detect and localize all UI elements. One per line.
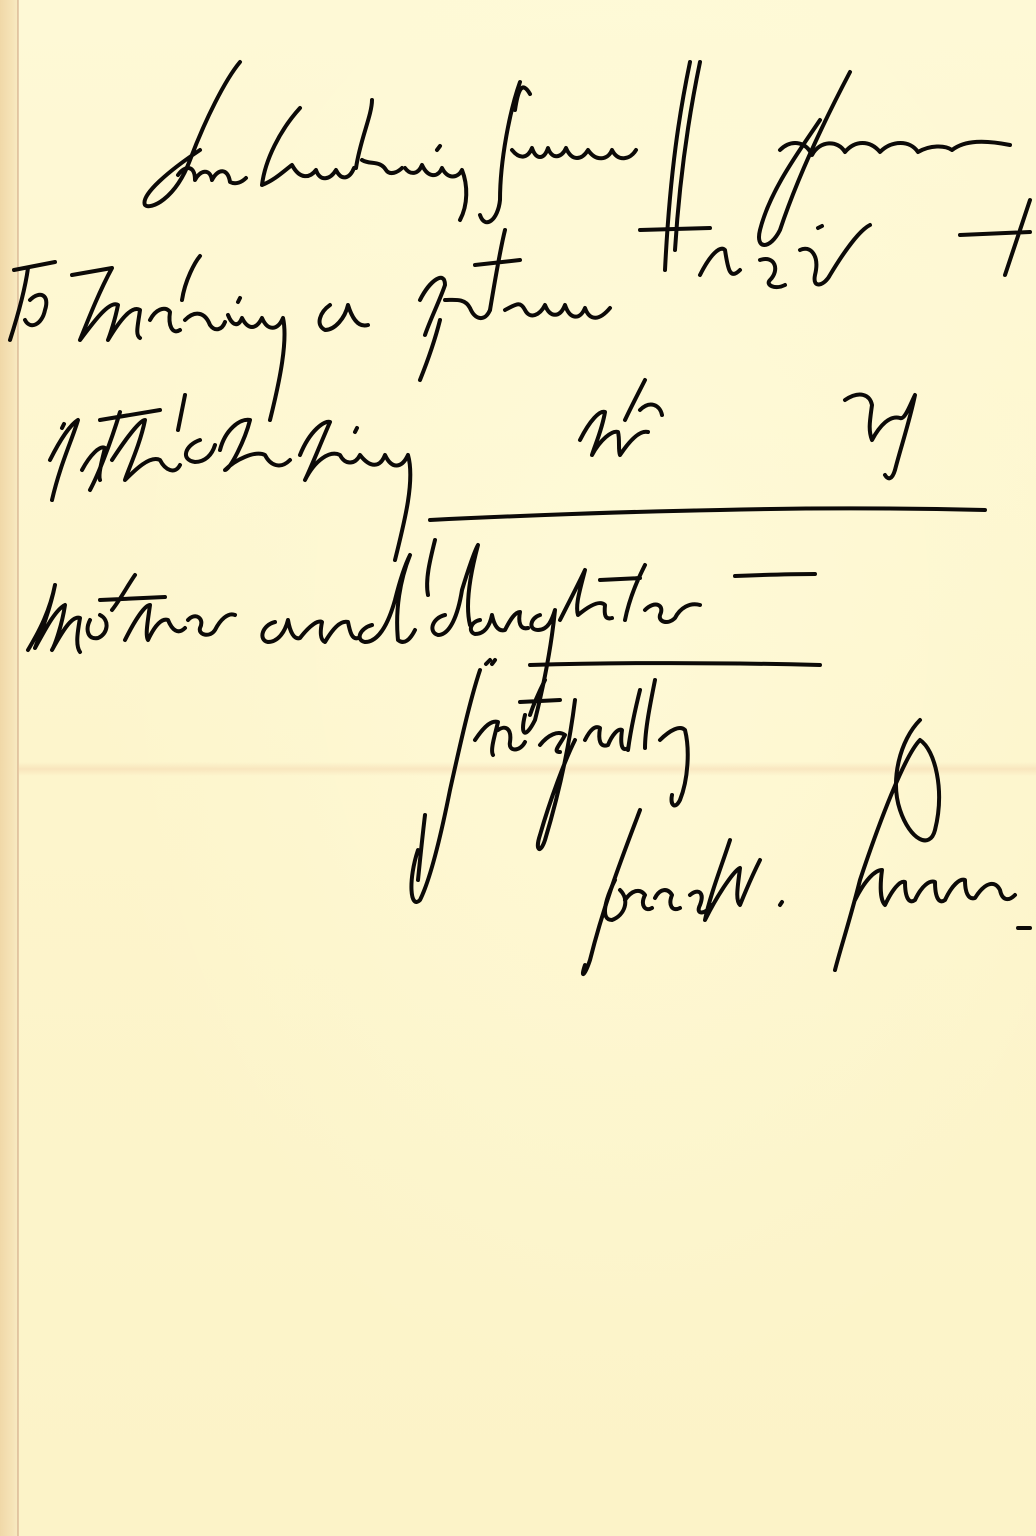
handwriting-line-2 — [10, 62, 1030, 420]
handwriting-strokes — [0, 0, 1036, 1536]
handwriting-line-3 — [50, 320, 915, 560]
handwriting-line-1 — [144, 62, 1010, 245]
handwriting-line-4 — [28, 509, 985, 733]
handwriting-signature — [583, 720, 1030, 974]
